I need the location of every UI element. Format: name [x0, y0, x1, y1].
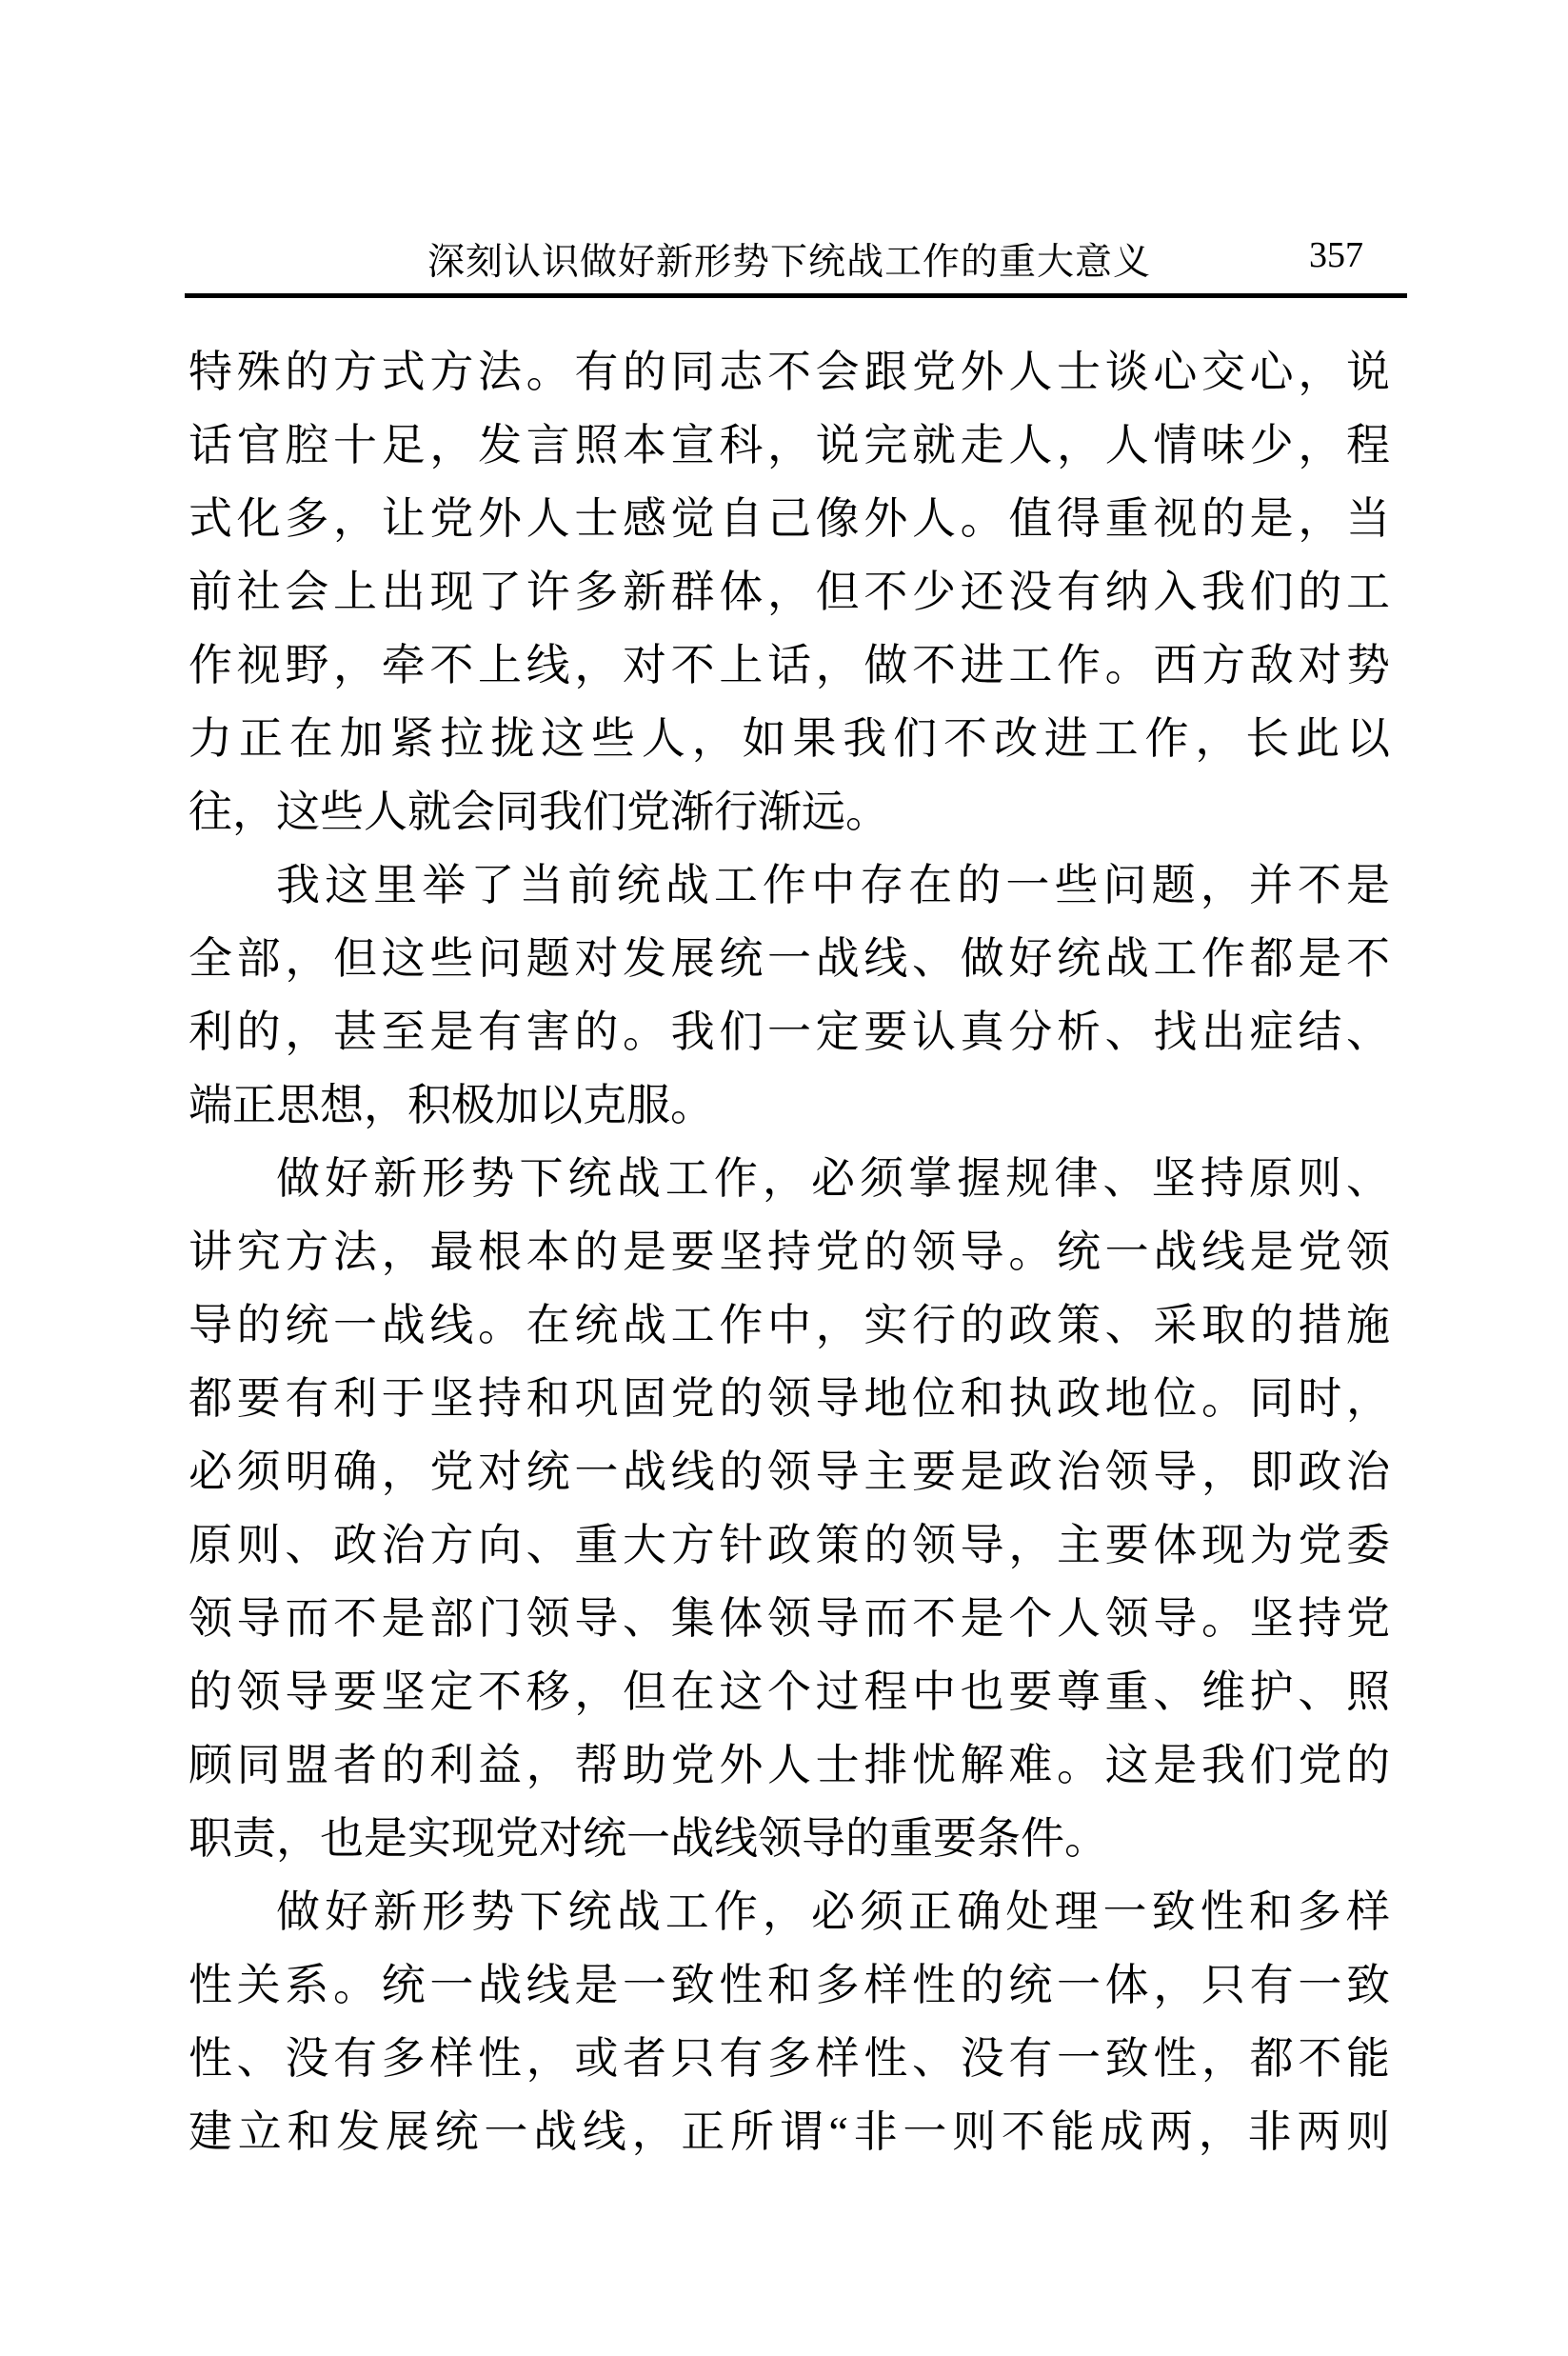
text-line: 讲究方法，最根本的是要坚持党的领导。统一战线是党领: [189, 1215, 1390, 1288]
text-line: 前社会上出现了许多新群体，但不少还没有纳入我们的工: [189, 555, 1390, 629]
body-text: 特殊的方式方法。有的同志不会跟党外人士谈心交心，说 话官腔十足，发言照本宣科，说…: [189, 335, 1390, 2168]
text-line: 利的，甚至是有害的。我们一定要认真分析、找出症结、: [189, 995, 1390, 1068]
text-line: 式化多，让党外人士感觉自己像外人。值得重视的是，当: [189, 482, 1390, 555]
paragraph: 特殊的方式方法。有的同志不会跟党外人士谈心交心，说 话官腔十足，发言照本宣科，说…: [189, 335, 1390, 849]
header-rule-divider: [185, 293, 1407, 298]
text-line: 顾同盟者的利益，帮助党外人士排忧解难。这是我们党的: [189, 1728, 1390, 1802]
text-line: 话官腔十足，发言照本宣科，说完就走人，人情味少，程: [189, 409, 1390, 482]
text-line: 职责，也是实现党对统一战线领导的重要条件。: [189, 1802, 1390, 1875]
running-head-title: 深刻认识做好新形势下统战工作的重大意义: [189, 232, 1390, 286]
text-line: 都要有利于坚持和巩固党的领导地位和执政地位。同时，: [189, 1362, 1390, 1435]
text-line: 我这里举了当前统战工作中存在的一些问题，并不是: [189, 849, 1390, 922]
text-line: 力正在加紧拉拢这些人，如果我们不改进工作，长此以: [189, 702, 1390, 775]
page-number: 357: [1309, 234, 1363, 276]
paragraph: 做好新形势下统战工作，必须掌握规律、坚持原则、 讲究方法，最根本的是要坚持党的领…: [189, 1142, 1390, 1875]
text-line: 必须明确，党对统一战线的领导主要是政治领导，即政治: [189, 1435, 1390, 1508]
text-line: 作视野，牵不上线，对不上话，做不进工作。西方敌对势: [189, 629, 1390, 702]
text-line: 导的统一战线。在统战工作中，实行的政策、采取的措施: [189, 1288, 1390, 1362]
text-line: 的领导要坚定不移，但在这个过程中也要尊重、维护、照: [189, 1655, 1390, 1728]
text-line: 性关系。统一战线是一致性和多样性的统一体，只有一致: [189, 1948, 1390, 2022]
text-line: 做好新形势下统战工作，必须掌握规律、坚持原则、: [189, 1142, 1390, 1215]
text-line: 特殊的方式方法。有的同志不会跟党外人士谈心交心，说: [189, 335, 1390, 409]
text-line: 领导而不是部门领导、集体领导而不是个人领导。坚持党: [189, 1582, 1390, 1655]
text-line: 原则、政治方向、重大方针政策的领导，主要体现为党委: [189, 1508, 1390, 1582]
paragraph: 做好新形势下统战工作，必须正确处理一致性和多样 性关系。统一战线是一致性和多样性…: [189, 1875, 1390, 2168]
paragraph: 我这里举了当前统战工作中存在的一些问题，并不是 全部，但这些问题对发展统一战线、…: [189, 849, 1390, 1142]
book-page: 深刻认识做好新形势下统战工作的重大意义 357 特殊的方式方法。有的同志不会跟党…: [0, 0, 1568, 2356]
text-line: 端正思想，积极加以克服。: [189, 1068, 1390, 1142]
text-line: 往，这些人就会同我们党渐行渐远。: [189, 775, 1390, 849]
text-line: 建立和发展统一战线，正所谓“非一则不能成两，非两则: [189, 2095, 1390, 2168]
text-line: 性、没有多样性，或者只有多样性、没有一致性，都不能: [189, 2022, 1390, 2095]
text-line: 做好新形势下统战工作，必须正确处理一致性和多样: [189, 1875, 1390, 1948]
page-header: 深刻认识做好新形势下统战工作的重大意义 357: [189, 232, 1390, 282]
text-line: 全部，但这些问题对发展统一战线、做好统战工作都是不: [189, 922, 1390, 995]
